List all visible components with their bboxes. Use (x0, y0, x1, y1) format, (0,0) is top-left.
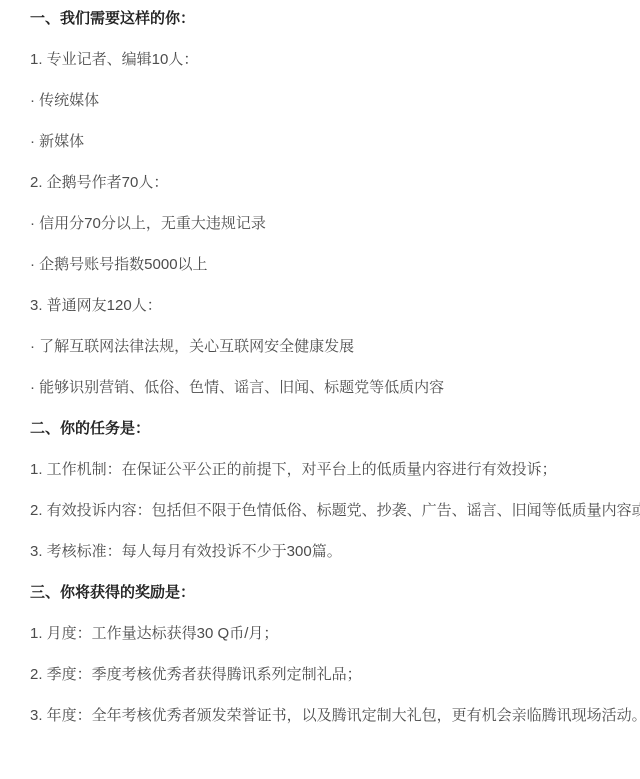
section-2-heading: 二、你的任务是： (30, 418, 640, 439)
paragraph: 1. 工作机制：在保证公平公正的前提下，对平台上的低质量内容进行有效投诉； (30, 459, 640, 480)
paragraph: · 能够识别营销、低俗、色情、谣言、旧闻、标题党等低质内容 (30, 377, 640, 398)
paragraph: 1. 专业记者、编辑10人： (30, 49, 640, 70)
paragraph: · 了解互联网法律法规，关心互联网安全健康发展 (30, 336, 640, 357)
paragraph: 3. 考核标准：每人每月有效投诉不少于300篇。 (30, 541, 640, 562)
paragraph: 1. 月度：工作量达标获得30 Q币/月； (30, 623, 640, 644)
paragraph: · 传统媒体 (30, 90, 640, 111)
paragraph: 3. 年度：全年考核优秀者颁发荣誉证书，以及腾讯定制大礼包，更有机会亲临腾讯现场… (30, 705, 640, 726)
paragraph: 3. 普通网友120人： (30, 295, 640, 316)
article-body: 一、我们需要这样的你： 1. 专业记者、编辑10人： · 传统媒体 · 新媒体 … (0, 0, 640, 746)
paragraph: 2. 有效投诉内容：包括但不限于色情低俗、标题党、抄袭、广告、谣言、旧闻等低质量… (30, 500, 640, 521)
section-1-heading: 一、我们需要这样的你： (30, 8, 640, 29)
paragraph: 2. 季度：季度考核优秀者获得腾讯系列定制礼品； (30, 664, 640, 685)
paragraph: 2. 企鹅号作者70人： (30, 172, 640, 193)
paragraph: · 新媒体 (30, 131, 640, 152)
paragraph: · 企鹅号账号指数5000以上 (30, 254, 640, 275)
section-3-heading: 三、你将获得的奖励是： (30, 582, 640, 603)
paragraph: · 信用分70分以上，无重大违规记录 (30, 213, 640, 234)
